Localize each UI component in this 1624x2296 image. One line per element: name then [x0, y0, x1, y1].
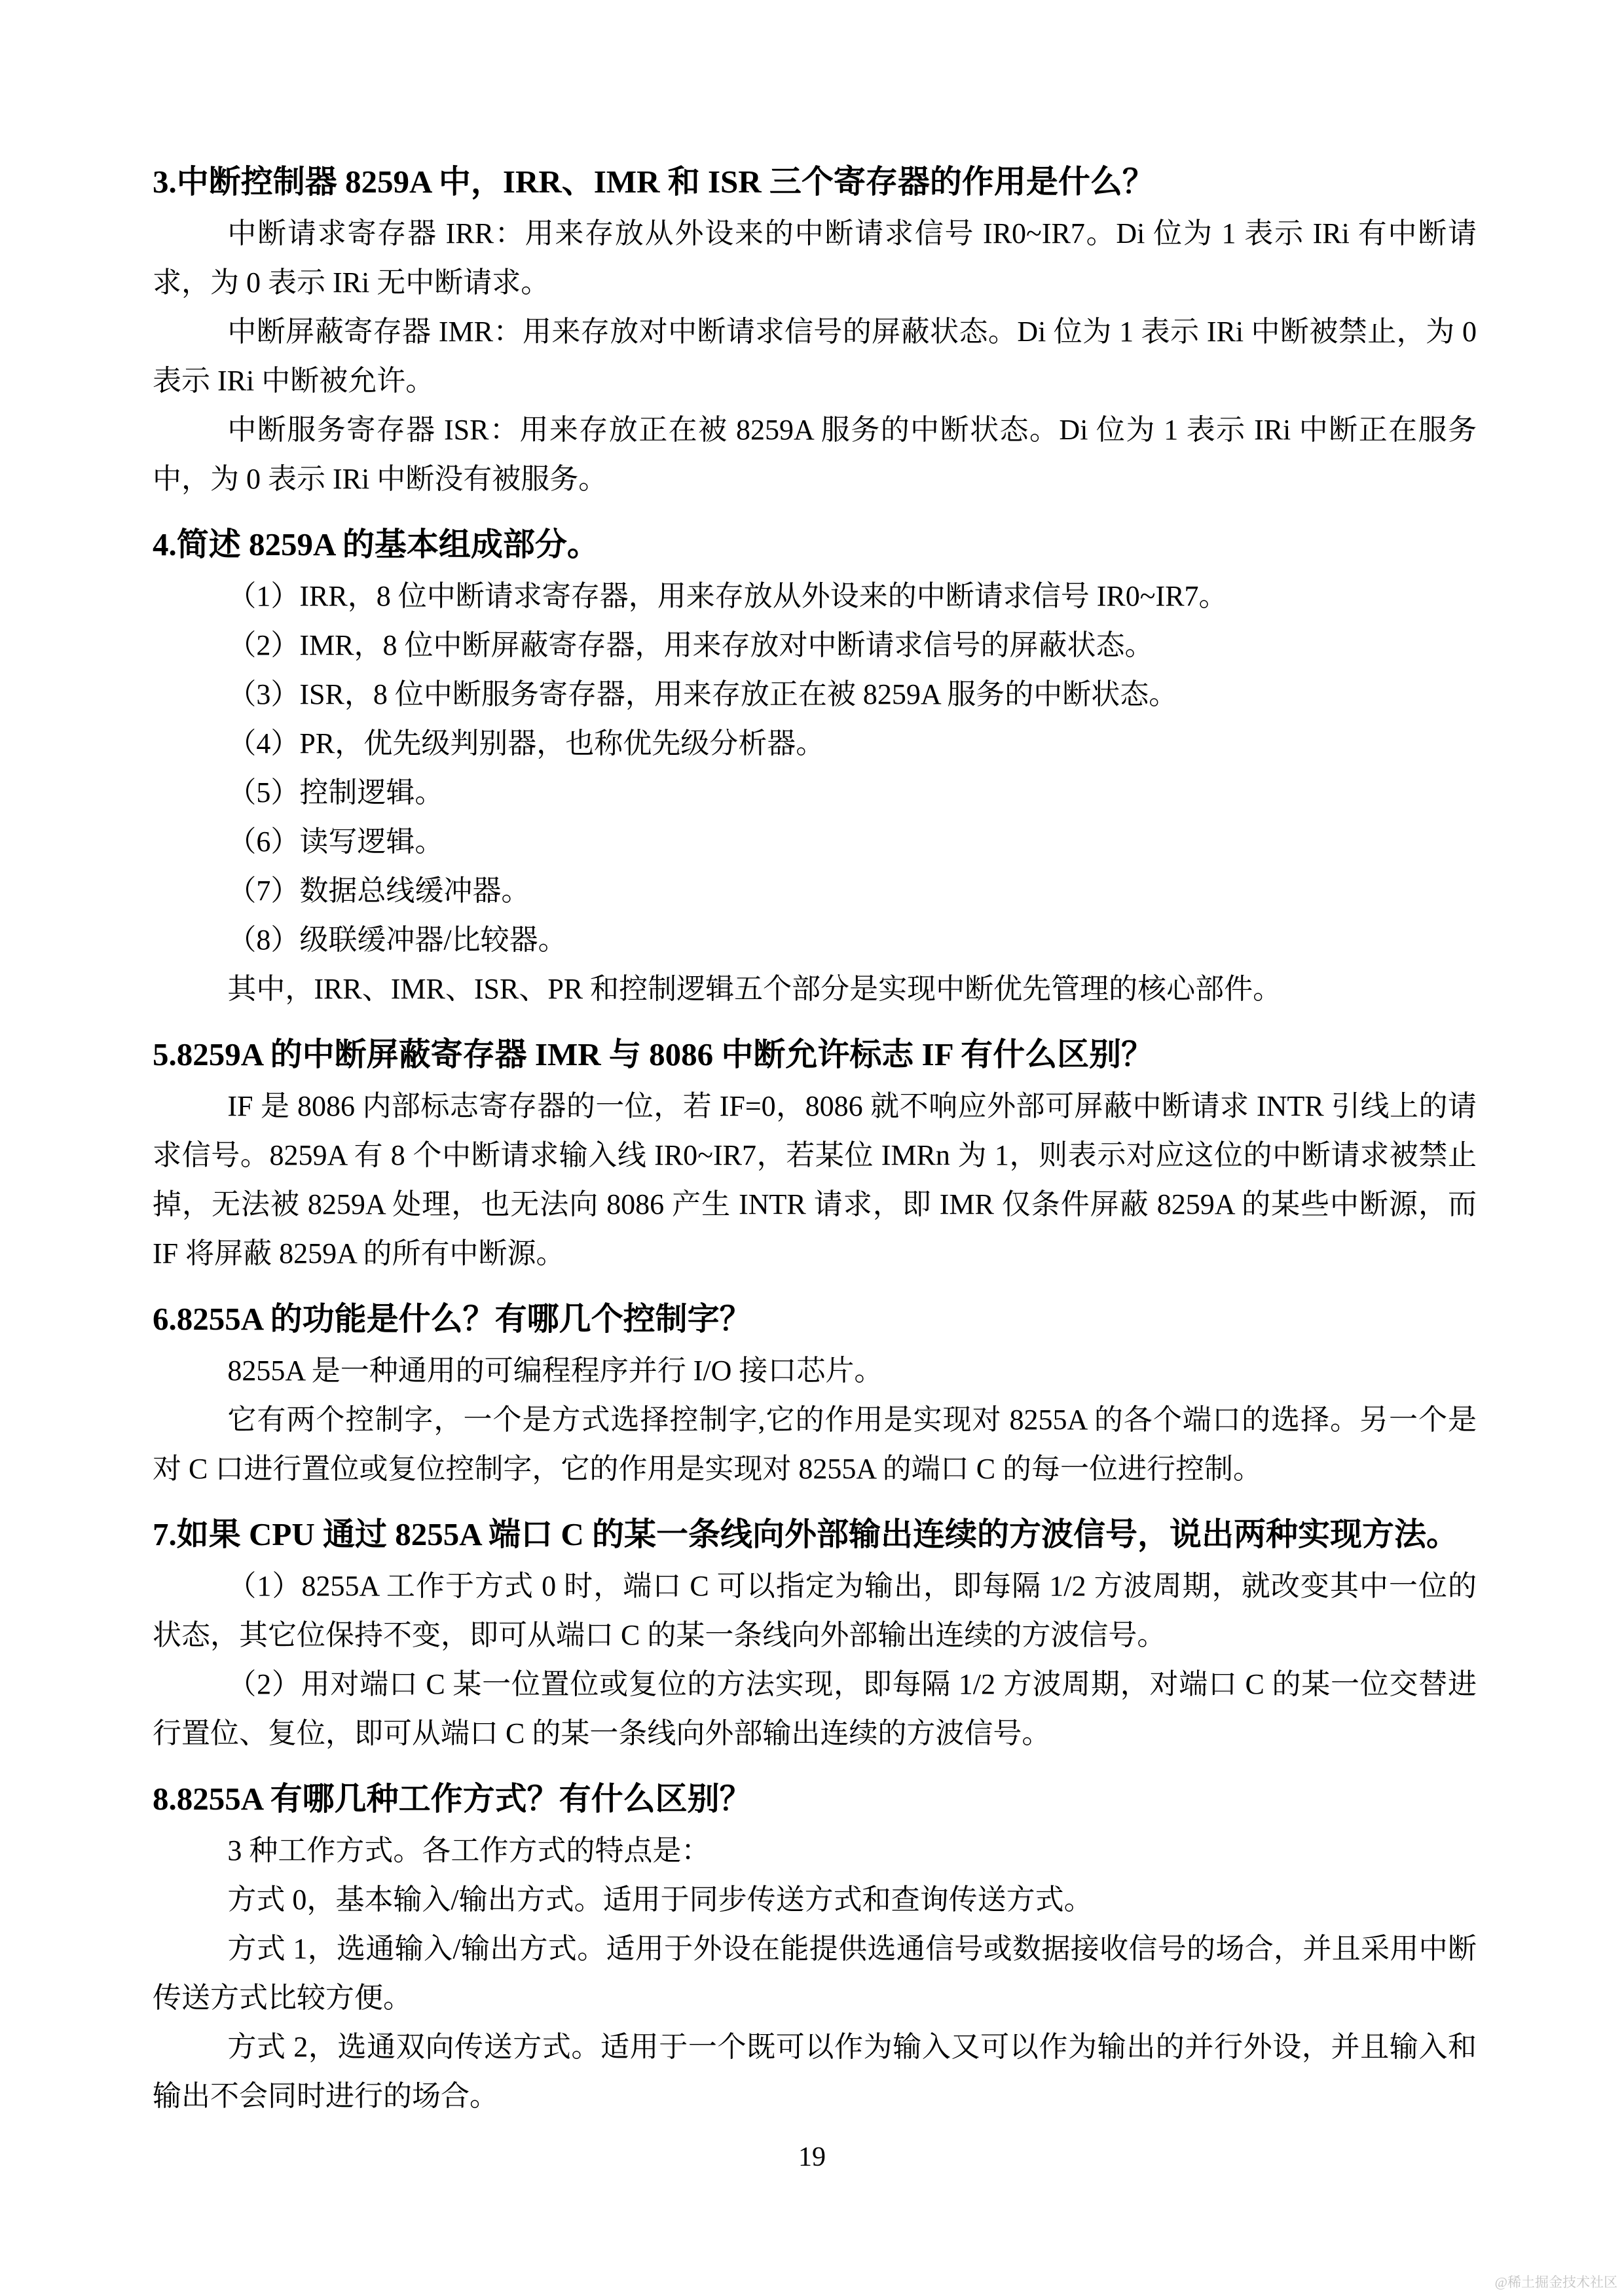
question-heading: 4.简述 8259A 的基本组成部分。	[153, 518, 1477, 572]
answer-paragraph: 3 种工作方式。各工作方式的特点是：	[153, 1826, 1477, 1875]
answer-paragraph: （1）IRR，8 位中断请求寄存器，用来存放从外设来的中断请求信号 IR0~IR…	[153, 572, 1477, 621]
answer-paragraph: 其中，IRR、IMR、ISR、PR 和控制逻辑五个部分是实现中断优先管理的核心部…	[153, 964, 1477, 1013]
document-content: 3.中断控制器 8259A 中，IRR、IMR 和 ISR 三个寄存器的作用是什…	[153, 155, 1477, 2121]
question-heading: 6.8255A 的功能是什么？有哪几个控制字？	[153, 1292, 1477, 1346]
answer-paragraph: 中断屏蔽寄存器 IMR：用来存放对中断请求信号的屏蔽状态。Di 位为 1 表示 …	[153, 307, 1477, 405]
answer-paragraph: 方式 2，选通双向传送方式。适用于一个既可以作为输入又可以作为输出的并行外设，并…	[153, 2022, 1477, 2121]
answer-paragraph: （5）控制逻辑。	[153, 768, 1477, 817]
section-question-4: 4.简述 8259A 的基本组成部分。 （1）IRR，8 位中断请求寄存器，用来…	[153, 518, 1477, 1013]
answer-paragraph: （3）ISR，8 位中断服务寄存器，用来存放正在被 8259A 服务的中断状态。	[153, 670, 1477, 719]
question-heading: 5.8259A 的中断屏蔽寄存器 IMR 与 8086 中断允许标志 IF 有什…	[153, 1028, 1477, 1082]
answer-paragraph: （6）读写逻辑。	[153, 817, 1477, 866]
answer-paragraph: 方式 1，选通输入/输出方式。适用于外设在能提供选通信号或数据接收信号的场合，并…	[153, 1924, 1477, 2022]
answer-paragraph: （2）用对端口 C 某一位置位或复位的方法实现，即每隔 1/2 方波周期，对端口…	[153, 1660, 1477, 1758]
answer-paragraph: （2）IMR，8 位中断屏蔽寄存器，用来存放对中断请求信号的屏蔽状态。	[153, 621, 1477, 670]
section-question-6: 6.8255A 的功能是什么？有哪几个控制字？ 8255A 是一种通用的可编程程…	[153, 1292, 1477, 1493]
answer-paragraph: （1）8255A 工作于方式 0 时，端口 C 可以指定为输出，即每隔 1/2 …	[153, 1561, 1477, 1660]
document-page: 3.中断控制器 8259A 中，IRR、IMR 和 ISR 三个寄存器的作用是什…	[0, 0, 1624, 2296]
answer-paragraph: 方式 0，基本输入/输出方式。适用于同步传送方式和查询传送方式。	[153, 1875, 1477, 1924]
answer-paragraph: 中断服务寄存器 ISR：用来存放正在被 8259A 服务的中断状态。Di 位为 …	[153, 405, 1477, 503]
page-number: 19	[0, 2142, 1624, 2172]
question-heading: 3.中断控制器 8259A 中，IRR、IMR 和 ISR 三个寄存器的作用是什…	[153, 155, 1477, 209]
section-question-8: 8.8255A 有哪几种工作方式？有什么区别？ 3 种工作方式。各工作方式的特点…	[153, 1772, 1477, 2121]
section-question-5: 5.8259A 的中断屏蔽寄存器 IMR 与 8086 中断允许标志 IF 有什…	[153, 1028, 1477, 1278]
answer-paragraph: 它有两个控制字，一个是方式选择控制字,它的作用是实现对 8255A 的各个端口的…	[153, 1395, 1477, 1493]
answer-paragraph: （7）数据总线缓冲器。	[153, 866, 1477, 915]
watermark: @稀土掘金技术社区	[1495, 2274, 1617, 2290]
section-question-3: 3.中断控制器 8259A 中，IRR、IMR 和 ISR 三个寄存器的作用是什…	[153, 155, 1477, 503]
question-heading: 8.8255A 有哪几种工作方式？有什么区别？	[153, 1772, 1477, 1826]
answer-paragraph: （4）PR，优先级判别器，也称优先级分析器。	[153, 719, 1477, 768]
section-question-7: 7.如果 CPU 通过 8255A 端口 C 的某一条线向外部输出连续的方波信号…	[153, 1508, 1477, 1758]
answer-paragraph: IF 是 8086 内部标志寄存器的一位，若 IF=0，8086 就不响应外部可…	[153, 1082, 1477, 1278]
question-heading: 7.如果 CPU 通过 8255A 端口 C 的某一条线向外部输出连续的方波信号…	[153, 1508, 1477, 1561]
answer-paragraph: 中断请求寄存器 IRR：用来存放从外设来的中断请求信号 IR0~IR7。Di 位…	[153, 209, 1477, 307]
answer-paragraph: （8）级联缓冲器/比较器。	[153, 915, 1477, 964]
answer-paragraph: 8255A 是一种通用的可编程程序并行 I/O 接口芯片。	[153, 1346, 1477, 1395]
